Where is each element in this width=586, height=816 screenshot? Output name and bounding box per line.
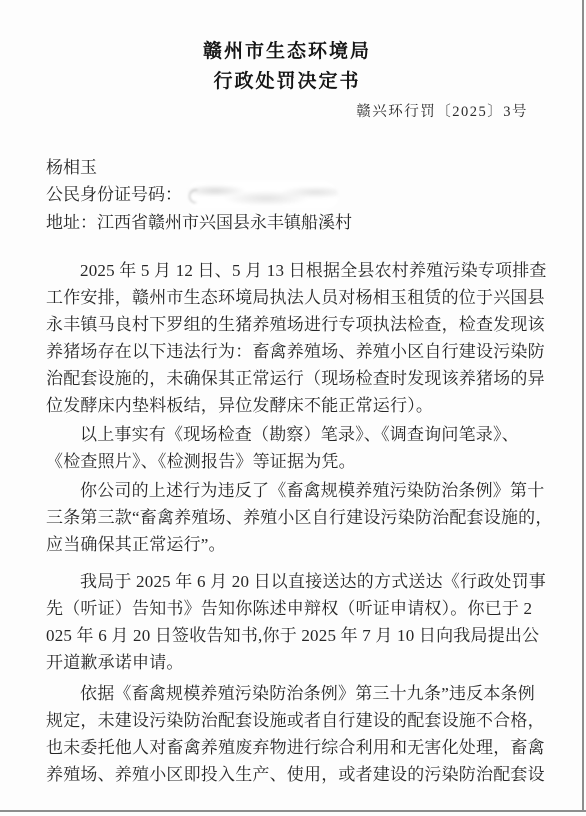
body-paragraph: 2025 年 5 月 12 日、5 月 13 日根据全县农村养殖污染专项排查工作… xyxy=(46,257,528,419)
body-line: 规定，未建设污染防治配套设施或者自行建设的配套设施不合格， xyxy=(46,707,528,734)
page-right-edge xyxy=(582,0,584,811)
body-line: 三条第三款“畜禽养殖场、养殖小区自行建设污染防治配套设施的， xyxy=(46,504,528,531)
body-line: 你公司的上述行为违反了《畜禽规模养殖污染防治条例》第十 xyxy=(46,477,528,504)
redaction-smudge xyxy=(188,181,338,209)
body-line: 也未委托他人对畜禽养殖废弃物进行综合利用和无害化处理，畜禽 xyxy=(46,734,528,761)
doc-number: 赣兴环行罚〔2025〕3号 xyxy=(46,100,528,121)
body-line: 永丰镇马良村下罗组的生猪养殖场进行专项执法检查，检查发现该 xyxy=(46,311,528,338)
body-line: 以上事实有《现场检查（勘察）笔录》、《调查询问笔录》、 xyxy=(46,421,528,448)
id-label: 公民身份证号码： xyxy=(46,185,182,204)
doc-type-title: 行政处罚决定书 xyxy=(46,66,528,93)
body-line: 开道歉承诺申请。 xyxy=(46,649,528,676)
body-line: 《检查照片》、《检测报告》等证据为凭。 xyxy=(46,448,528,475)
body-line: 养猪场存在以下违法行为：畜禽养殖场、养殖小区自行建设污染防 xyxy=(46,338,528,365)
body-line: 工作安排，赣州市生态环境局执法人员对杨相玉租赁的位于兴国县 xyxy=(46,284,528,311)
recipient-block: 杨相玉 公民身份证号码： 地址：江西省赣州市兴国县永丰镇船溪村 xyxy=(46,154,528,236)
body-paragraph: 我局于 2025 年 6 月 20 日以直接送达的方式送达《行政处罚事先（听证）… xyxy=(46,568,528,676)
body-line: 养殖场、养殖小区即投入生产、使用，或者建设的污染防治配套设 xyxy=(46,761,528,788)
body-line: 2025 年 5 月 12 日、5 月 13 日根据全县农村养殖污染专项排查 xyxy=(46,257,528,284)
recipient-id-line: 公民身份证号码： xyxy=(46,181,528,209)
body-line: 先（听证）告知书》告知你陈述申辩权（听证申请权）。你已于 2 xyxy=(46,595,528,622)
body-paragraph: 你公司的上述行为违反了《畜禽规模养殖污染防治条例》第十三条第三款“畜禽养殖场、养… xyxy=(46,477,528,558)
page-bottom-edge xyxy=(0,810,586,812)
body-line: 应当确保其正常运行”。 xyxy=(46,531,528,558)
recipient-name: 杨相玉 xyxy=(46,154,528,181)
body-paragraph: 以上事实有《现场检查（勘察）笔录》、《调查询问笔录》、《检查照片》、《检测报告》… xyxy=(46,421,528,475)
recipient-address: 地址：江西省赣州市兴国县永丰镇船溪村 xyxy=(46,209,528,236)
body-paragraph: 依据《畜禽规模养殖污染防治条例》第三十九条”违反本条例规定，未建设污染防治配套设… xyxy=(46,680,528,788)
org-title: 赣州市生态环境局 xyxy=(46,36,528,63)
body-line: 位发酵床内垫料板结，异位发酵床不能正常运行）。 xyxy=(46,392,528,419)
document-body: 2025 年 5 月 12 日、5 月 13 日根据全县农村养殖污染专项排查工作… xyxy=(46,257,528,788)
body-line: 依据《畜禽规模养殖污染防治条例》第三十九条”违反本条例 xyxy=(46,680,528,707)
body-line: 治配套设施的，未确保其正常运行（现场检查时发现该养猪场的异 xyxy=(46,365,528,392)
body-line: 025 年 6 月 20 日签收告知书,你于 2025 年 7 月 10 日向我… xyxy=(46,622,528,649)
body-line: 我局于 2025 年 6 月 20 日以直接送达的方式送达《行政处罚事 xyxy=(46,568,528,595)
